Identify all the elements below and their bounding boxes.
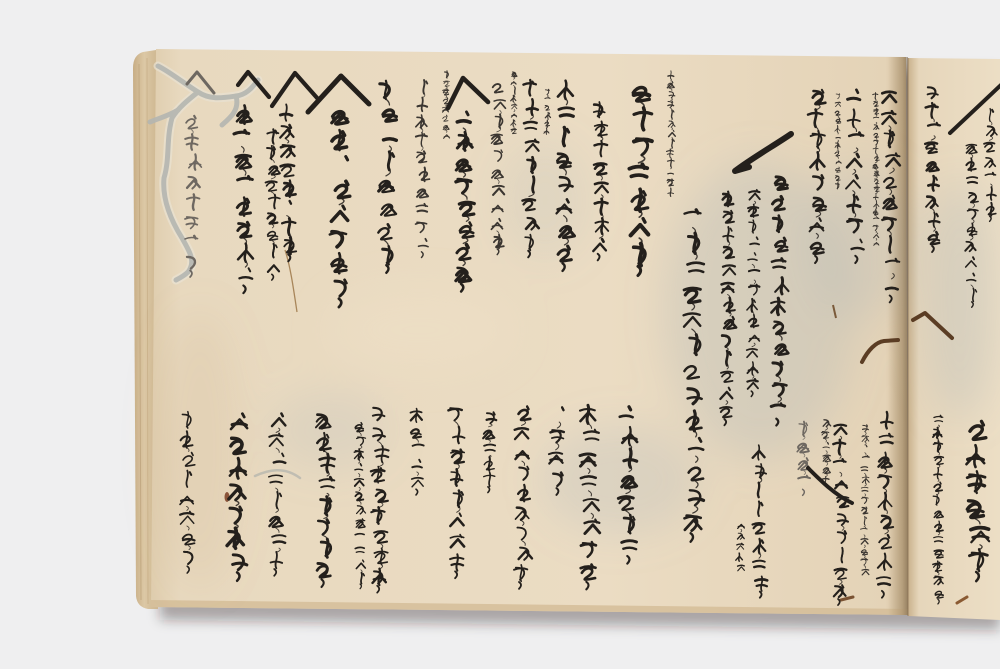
brush-stroke	[672, 81, 673, 82]
brush-stroke	[837, 132, 838, 134]
brush-stroke	[692, 329, 696, 335]
brush-stroke	[460, 513, 461, 516]
brush-stroke	[877, 217, 878, 218]
brush-stroke	[877, 177, 878, 179]
brush-stroke	[492, 225, 502, 226]
brush-stroke	[822, 90, 824, 93]
brush-stroke	[281, 165, 294, 167]
brush-stroke	[874, 235, 879, 238]
brush-stroke	[565, 99, 567, 105]
handwritten-text-column: 掛 以て三百とも	[833, 425, 848, 605]
brush-stroke	[600, 176, 602, 181]
brush-stroke	[422, 252, 424, 258]
brush-stroke	[696, 456, 698, 462]
brush-stroke	[584, 499, 599, 501]
brush-stroke	[389, 146, 391, 152]
brush-stroke	[589, 491, 592, 496]
brush-stroke	[967, 280, 976, 281]
brush-stroke	[752, 343, 755, 347]
brush-stroke	[695, 253, 698, 259]
brush-stroke	[497, 128, 501, 132]
brush-stroke	[778, 376, 780, 381]
brush-stroke	[839, 436, 841, 440]
brush-stroke	[528, 251, 530, 257]
brush-stroke	[758, 478, 761, 483]
brush-stroke	[938, 479, 939, 482]
handwritten-text-column: 三百五	[736, 524, 745, 570]
brush-stroke	[862, 340, 898, 362]
brush-stroke	[672, 179, 673, 180]
brush-stroke	[862, 490, 868, 491]
brush-stroke	[781, 197, 782, 200]
brush-stroke	[688, 263, 704, 265]
brush-stroke	[990, 216, 992, 221]
handwritten-text-column: 一 金三両ゝ	[491, 84, 505, 255]
brush-stroke	[835, 427, 847, 434]
brush-stroke	[275, 131, 276, 133]
brush-stroke	[290, 125, 291, 128]
brush-stroke	[270, 482, 282, 483]
brush-stroke	[876, 192, 878, 194]
brush-stroke	[934, 434, 942, 435]
brush-stroke	[720, 392, 732, 399]
brush-stroke	[684, 366, 699, 378]
brush-stroke	[989, 137, 992, 141]
brush-stroke	[816, 212, 820, 217]
brush-stroke	[595, 165, 606, 175]
brush-stroke	[271, 159, 274, 162]
handwritten-text-column: 山形屋 三兵衛	[514, 407, 532, 589]
brush-stroke	[623, 548, 636, 550]
brush-stroke	[749, 270, 759, 271]
brush-stroke	[838, 140, 839, 142]
brush-stroke	[932, 118, 934, 122]
brush-stroke	[581, 476, 596, 478]
handwritten-text-column: 下谷 佐兵衛	[448, 408, 464, 578]
brush-stroke	[723, 265, 735, 266]
handwritten-text-column: 清水	[549, 407, 564, 495]
brush-stroke	[973, 257, 974, 259]
brush-stroke	[973, 203, 975, 207]
brush-stroke	[876, 239, 877, 241]
brush-stroke	[512, 106, 517, 109]
brush-stroke	[940, 482, 941, 484]
brush-stroke	[450, 536, 463, 538]
brush-stroke	[501, 150, 502, 152]
brush-stroke	[361, 423, 362, 425]
brush-stroke	[752, 312, 754, 316]
brush-stroke	[276, 448, 279, 452]
brush-stroke	[668, 105, 674, 106]
brush-stroke	[753, 201, 755, 205]
brush-stroke	[356, 552, 364, 553]
brush-stroke	[626, 511, 630, 516]
brush-stroke	[416, 223, 427, 224]
brush-stroke	[626, 489, 630, 494]
brush-stroke	[567, 199, 569, 202]
brush-stroke	[497, 249, 499, 255]
brush-stroke	[862, 470, 868, 471]
brush-stroke	[672, 128, 673, 130]
brush-stroke	[386, 265, 388, 273]
brush-stroke	[561, 473, 562, 476]
brush-stroke	[271, 176, 275, 179]
ink-mark: 〆	[735, 134, 791, 171]
brush-stroke	[864, 545, 865, 548]
brush-stroke	[527, 467, 528, 470]
brush-stroke	[318, 521, 327, 535]
brush-stroke	[522, 521, 524, 525]
brush-stroke	[560, 185, 573, 187]
brush-stroke	[268, 215, 278, 223]
brush-stroke	[875, 99, 876, 101]
brush-stroke	[890, 168, 894, 173]
brush-stroke	[422, 98, 423, 112]
brush-stroke	[865, 475, 866, 483]
brush-stroke	[274, 462, 286, 463]
brush-stroke	[276, 508, 279, 512]
ink-mark: 入	[448, 78, 488, 108]
brush-stroke	[836, 570, 847, 579]
brush-stroke	[514, 96, 515, 97]
brush-stroke	[671, 99, 673, 101]
brush-stroke	[282, 166, 294, 176]
brush-stroke	[834, 425, 846, 426]
brush-stroke	[950, 84, 1000, 133]
brush-stroke	[379, 564, 383, 569]
brush-stroke	[274, 542, 286, 543]
brush-stroke	[846, 180, 860, 188]
brush-stroke	[968, 182, 977, 183]
brush-stroke	[271, 192, 274, 195]
brush-stroke	[560, 115, 573, 117]
brush-stroke	[194, 236, 195, 239]
brush-stroke	[629, 167, 647, 169]
brush-stroke	[876, 122, 877, 124]
brush-stroke	[724, 419, 726, 425]
brush-stroke	[359, 432, 361, 435]
brush-stroke	[938, 465, 940, 468]
brush-stroke	[272, 274, 274, 280]
brush-stroke	[522, 461, 525, 465]
brush-stroke	[815, 105, 820, 110]
brush-stroke	[346, 157, 348, 160]
brush-stroke	[457, 121, 470, 123]
brush-stroke	[187, 506, 189, 510]
brush-stroke	[860, 240, 862, 243]
brush-stroke	[237, 572, 239, 580]
handwritten-text-column: 一 金三両ゝ	[557, 81, 575, 271]
brush-stroke	[828, 443, 829, 445]
brush-stroke	[564, 216, 567, 222]
brush-stroke	[934, 484, 942, 491]
ink-mark: 入	[272, 73, 318, 106]
brush-stroke	[782, 259, 783, 262]
brush-stroke	[982, 421, 984, 425]
brush-stroke	[194, 154, 195, 170]
brush-stroke	[588, 468, 590, 473]
brush-stroke	[825, 427, 827, 430]
brush-stroke	[187, 566, 189, 573]
brush-stroke	[470, 223, 472, 226]
brush-stroke	[515, 431, 528, 439]
brush-stroke	[973, 289, 974, 302]
brush-stroke	[975, 290, 976, 292]
brush-stroke	[727, 365, 729, 369]
brush-stroke	[804, 471, 806, 475]
brush-stroke	[187, 257, 195, 269]
brush-stroke	[668, 173, 674, 174]
brush-stroke	[729, 352, 730, 354]
brush-stroke	[234, 132, 249, 134]
brush-stroke	[245, 262, 247, 268]
brush-stroke	[776, 419, 778, 426]
brush-stroke	[327, 472, 329, 476]
brush-stroke	[186, 223, 197, 224]
brush-stroke	[494, 102, 505, 109]
brush-stroke	[464, 194, 467, 199]
brush-stroke	[670, 188, 671, 196]
brush-stroke	[876, 115, 877, 117]
brush-stroke	[876, 153, 877, 155]
brush-stroke	[644, 192, 646, 196]
brush-stroke	[558, 250, 571, 261]
brush-stroke	[876, 231, 877, 233]
brush-stroke	[375, 449, 388, 451]
brush-stroke	[563, 127, 565, 145]
brush-stroke	[359, 474, 360, 477]
handwritten-text-column: かりけり	[667, 71, 676, 197]
brush-stroke	[556, 488, 558, 495]
brush-stroke	[273, 244, 274, 258]
brush-stroke	[243, 286, 245, 294]
brush-stroke	[931, 136, 935, 140]
brush-stroke	[722, 283, 734, 284]
brush-stroke	[933, 176, 934, 191]
brush-stroke	[991, 187, 992, 200]
brush-stroke	[876, 201, 877, 207]
brush-stroke	[456, 464, 459, 470]
brush-stroke	[876, 215, 877, 217]
brush-stroke	[243, 170, 246, 176]
handwritten-text-column: かり 金三両二分	[882, 92, 900, 303]
brush-stroke	[726, 351, 727, 366]
brush-stroke	[634, 139, 652, 141]
brush-stroke	[938, 572, 940, 575]
brush-stroke	[447, 98, 448, 99]
brush-stroke	[362, 519, 363, 521]
brush-stroke	[934, 537, 943, 538]
brush-stroke	[935, 541, 943, 542]
brush-stroke	[620, 416, 633, 418]
brush-stroke	[886, 155, 899, 157]
brush-stroke	[966, 261, 976, 267]
handwritten-text-column: 此分脇ゟ	[266, 129, 280, 280]
ink-mark: 入	[308, 76, 369, 112]
brush-stroke	[729, 388, 730, 390]
brush-stroke	[722, 336, 729, 347]
brush-stroke	[331, 212, 347, 222]
brush-stroke	[355, 481, 364, 486]
brush-stroke	[519, 582, 521, 589]
brush-stroke	[360, 584, 361, 589]
handwritten-text-column: 能登屋 兵衛	[371, 408, 389, 593]
brush-stroke	[620, 499, 633, 510]
brush-stroke	[327, 454, 329, 472]
brush-stroke	[672, 101, 673, 102]
brush-stroke	[837, 156, 838, 158]
brush-stroke	[446, 131, 447, 133]
brush-stroke	[281, 414, 282, 417]
brush-stroke	[457, 248, 470, 259]
brush-stroke	[335, 185, 350, 197]
brush-stroke	[500, 111, 502, 115]
brush-stroke	[248, 176, 250, 179]
brush-stroke	[460, 231, 473, 233]
handwritten-text-column: かり	[511, 72, 517, 134]
brush-stroke	[553, 474, 561, 486]
brush-stroke	[272, 535, 285, 537]
brush-stroke	[187, 526, 189, 530]
brush-stroke	[272, 225, 274, 228]
brush-stroke	[937, 425, 939, 428]
handwritten-text-column: 一 金三両ゝ	[593, 102, 608, 260]
brush-stroke	[976, 572, 979, 581]
brush-stroke	[245, 244, 247, 262]
handwritten-text-column: 市兵衛殿	[354, 423, 365, 589]
brush-stroke	[886, 412, 888, 428]
brush-stroke	[450, 518, 463, 526]
brush-stroke	[467, 112, 469, 115]
ink-mark: 入	[950, 84, 1000, 133]
brush-stroke	[443, 90, 449, 91]
brush-stroke	[822, 479, 829, 480]
brush-stroke	[836, 104, 841, 107]
brush-stroke	[186, 119, 197, 129]
brush-stroke	[581, 544, 596, 546]
brush-stroke	[593, 244, 606, 252]
brush-stroke	[822, 175, 824, 178]
handwritten-text-column: りか 金壱両ゝ	[378, 81, 396, 273]
brush-stroke	[843, 459, 844, 461]
brush-stroke	[463, 261, 465, 266]
brush-stroke	[244, 239, 246, 245]
brush-stroke	[345, 280, 347, 283]
brush-stroke	[272, 73, 318, 106]
brush-stroke	[875, 194, 876, 200]
ink-mark: 入	[238, 72, 269, 97]
brush-stroke	[971, 528, 989, 530]
brush-stroke	[444, 82, 449, 87]
brush-stroke	[748, 259, 757, 260]
brush-stroke	[514, 77, 515, 79]
brush-stroke	[276, 245, 277, 247]
brush-stroke	[324, 451, 328, 455]
brush-stroke	[515, 128, 516, 129]
brush-stroke	[757, 237, 758, 239]
handwritten-text-column: 一 金三両ゝ	[523, 80, 539, 257]
brush-stroke	[673, 111, 674, 112]
brush-stroke	[937, 123, 938, 125]
brush-stroke	[640, 244, 642, 266]
brush-stroke	[688, 397, 702, 399]
brush-stroke	[839, 94, 840, 95]
brush-stroke	[595, 186, 608, 194]
brush-stroke	[237, 458, 239, 478]
brush-stroke	[236, 501, 239, 505]
brush-stroke	[527, 108, 538, 109]
brush-stroke	[815, 256, 817, 263]
brush-stroke	[781, 362, 782, 365]
brush-stroke	[989, 109, 990, 122]
brush-stroke	[840, 580, 842, 584]
brush-stroke	[355, 547, 364, 548]
brush-stroke	[865, 494, 866, 496]
brush-stroke	[803, 489, 805, 495]
brush-stroke	[513, 126, 514, 128]
brush-stroke	[425, 239, 426, 241]
handwritten-text-column: 入 金三両三分	[234, 106, 253, 294]
brush-stroke	[188, 546, 190, 550]
brush-stroke	[231, 470, 245, 472]
brush-stroke	[517, 528, 525, 540]
brush-stroke	[515, 428, 528, 430]
brush-stroke	[848, 98, 860, 99]
brush-stroke	[547, 119, 548, 121]
handwritten-text-column: 入 金三両ツ両ゝ	[456, 112, 474, 292]
brush-stroke	[856, 175, 858, 178]
brush-stroke	[322, 579, 324, 587]
brush-stroke	[582, 568, 595, 579]
brush-stroke	[275, 552, 277, 568]
brush-stroke	[639, 157, 645, 163]
brush-stroke	[760, 592, 762, 598]
brush-stroke	[889, 236, 891, 252]
brush-stroke	[853, 169, 856, 174]
brush-stroke	[928, 185, 938, 186]
brush-stroke	[992, 110, 993, 112]
brush-stroke	[825, 474, 827, 477]
brush-stroke	[269, 475, 282, 477]
brush-stroke	[239, 277, 252, 279]
brush-stroke	[552, 437, 564, 438]
brush-stroke	[333, 117, 347, 119]
brush-stroke	[643, 219, 645, 223]
brush-stroke	[865, 528, 866, 529]
brush-stroke	[864, 525, 865, 527]
handwritten-text-column: 入金百二十両三分	[747, 190, 760, 397]
brush-stroke	[862, 498, 869, 499]
brush-stroke	[583, 483, 596, 484]
brush-stroke	[551, 431, 564, 433]
brush-stroke	[757, 190, 758, 192]
brush-stroke	[773, 363, 781, 375]
brush-stroke	[279, 434, 280, 437]
brush-stroke	[631, 175, 646, 177]
brush-stroke	[634, 94, 649, 96]
brush-stroke	[877, 109, 878, 110]
brush-stroke	[280, 114, 292, 115]
brush-stroke	[458, 491, 460, 507]
brush-stroke	[937, 214, 938, 216]
brush-stroke	[667, 151, 674, 152]
brush-stroke	[495, 151, 502, 161]
brush-stroke	[357, 437, 366, 438]
brush-stroke	[276, 428, 280, 432]
brush-stroke	[932, 246, 934, 252]
brush-stroke	[803, 453, 805, 457]
brush-stroke	[755, 379, 756, 381]
